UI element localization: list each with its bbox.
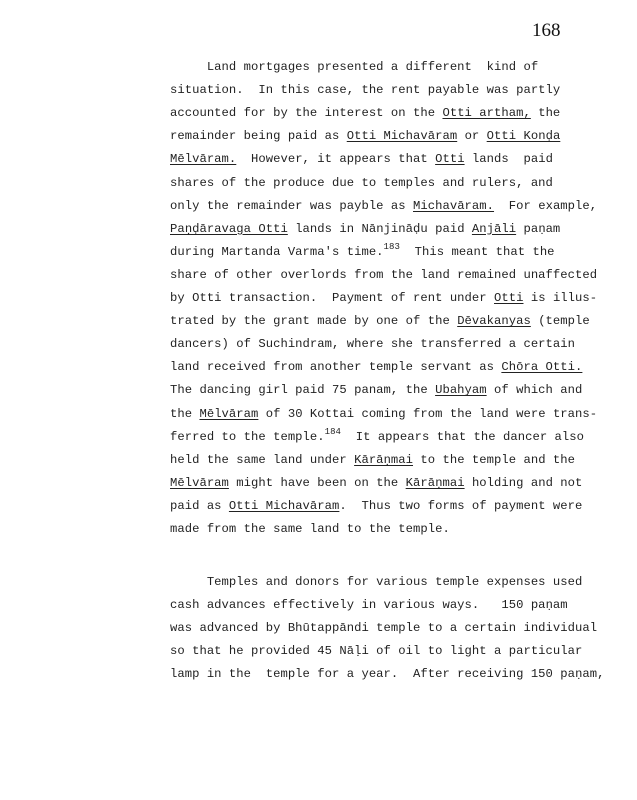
paragraph1-line: Land mortgages presented a different kin… xyxy=(170,59,538,75)
paragraph1-line: held the same land under Kārāṇmai to the… xyxy=(170,452,575,468)
paragraph2-line: so that he provided 45 Nāḷi of oil to li… xyxy=(170,643,582,659)
paragraph2-line: cash advances effectively in various way… xyxy=(170,597,568,613)
paragraph1-line: share of other overlords from the land r… xyxy=(170,267,597,283)
paragraph1-line: only the remainder was payble as Michavā… xyxy=(170,198,597,214)
paragraph1-line: by Otti transaction. Payment of rent und… xyxy=(170,290,597,306)
paragraph1-line: remainder being paid as Otti Michavāram … xyxy=(170,128,560,144)
paragraph2-line: lamp in the temple for a year. After rec… xyxy=(170,666,604,682)
page-number: 168 xyxy=(532,20,561,42)
paragraph1-line: trated by the grant made by one of the D… xyxy=(170,313,590,329)
paragraph1-line: Mēlvāram. However, it appears that Otti … xyxy=(170,151,553,167)
paragraph2-line: Temples and donors for various temple ex… xyxy=(170,574,582,590)
paragraph2-line: was advanced by Bhūtappāndi temple to a … xyxy=(170,620,597,636)
paragraph1-line: during Martanda Varma's time.183 This me… xyxy=(170,244,555,260)
paragraph1-line: ferred to the temple.184 It appears that… xyxy=(170,429,584,445)
paragraph1-line: The dancing girl paid 75 panam, the Ubah… xyxy=(170,382,582,398)
paragraph1-line: Mēlvāram might have been on the Kārāṇmai… xyxy=(170,475,582,491)
paragraph1-line: paid as Otti Michavāram. Thus two forms … xyxy=(170,498,582,514)
paragraph1-line: situation. In this case, the rent payabl… xyxy=(170,82,560,98)
paragraph1-line: accounted for by the interest on the Ott… xyxy=(170,105,560,121)
paragraph1-line: Paṇḍāravaga Otti lands in Nānjināḍu paid… xyxy=(170,221,560,237)
paragraph1-line: shares of the produce due to temples and… xyxy=(170,175,553,191)
paragraph1-line: made from the same land to the temple. xyxy=(170,521,450,537)
paragraph1-line: land received from another temple servan… xyxy=(170,359,582,375)
paragraph1-line: dancers) of Suchindram, where she transf… xyxy=(170,336,575,352)
paragraph1-line: the Mēlvāram of 30 Kottai coming from th… xyxy=(170,406,597,422)
